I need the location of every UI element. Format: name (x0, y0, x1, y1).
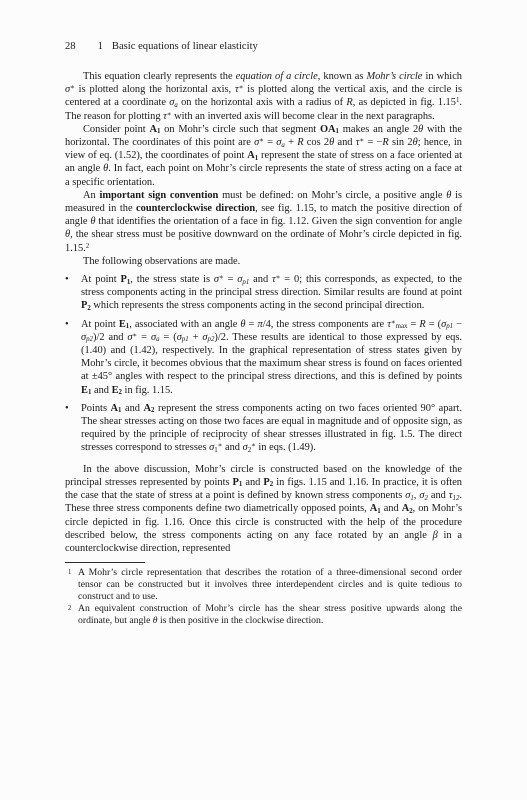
chapter-title: Basic equations of linear elasticity (112, 40, 258, 53)
text-run: τ (449, 490, 453, 501)
bullet-list-item: •Points A1 and A2 represent the stress c… (65, 402, 462, 455)
text-run: + (189, 332, 203, 343)
text-run: An (83, 190, 99, 201)
text-run: and (428, 490, 449, 501)
text-run: 2 (424, 495, 427, 502)
bullet-text: At point P1, the stress state is σ∗ = σp… (81, 273, 462, 313)
text-run: E (119, 319, 126, 330)
text-run: , the shear stress must be positive down… (65, 229, 462, 253)
text-run: . In fact, each point on Mohr’s circle r… (65, 163, 462, 187)
text-run: + (285, 137, 297, 148)
text-run: a (174, 102, 177, 109)
bullet-icon: • (65, 273, 81, 313)
textbook-page: 28 1 Basic equations of linear elasticit… (0, 0, 527, 800)
paragraph: The following observations are made. (65, 255, 462, 268)
text-run: σ (127, 332, 132, 343)
text-run: Mohr’s circle (366, 71, 422, 82)
text-run: , associated with an angle (129, 319, 240, 330)
text-run: 1 (255, 155, 258, 162)
text-run: 1 (410, 495, 413, 502)
text-run: and (242, 477, 263, 488)
footnote-text: A Mohr’s circle representation that desc… (78, 567, 462, 603)
text-run: 2 (119, 389, 122, 396)
footnote-text: An equivalent construction of Mohr’s cir… (78, 603, 462, 627)
text-run: in fig. 1.15. (122, 385, 173, 396)
text-run: At point (81, 319, 119, 330)
text-run: 1 (456, 97, 459, 104)
text-run: − (453, 319, 462, 330)
text-run: is then positive in the clockwise direct… (158, 615, 324, 626)
paragraph: In the above discussion, Mohr’s circle i… (65, 463, 462, 555)
footnote-area: 1A Mohr’s circle representation that des… (65, 567, 462, 627)
paragraph: An important sign convention must be def… (65, 189, 462, 255)
text-run: ∗ (70, 84, 75, 91)
text-run: sin 2 (389, 137, 413, 148)
text-run: p2 (208, 336, 215, 343)
text-run: which represents the stress components a… (91, 300, 425, 311)
text-run: 2 (87, 305, 90, 312)
text-run: ∗ (219, 274, 224, 281)
text-run: 12 (453, 495, 460, 502)
text-run: 1 (118, 407, 121, 414)
text-run: on the horizontal axis with a radius of (178, 97, 347, 108)
text-run: p1 (242, 279, 249, 286)
text-run: and (91, 385, 111, 396)
bullet-list-item: •At point P1, the stress state is σ∗ = σ… (65, 273, 462, 313)
running-head: 28 1 Basic equations of linear elasticit… (65, 40, 462, 53)
text-run: At point (81, 274, 120, 285)
text-run: 2 (86, 243, 89, 250)
text-run: 2 (270, 481, 273, 488)
text-run: , known as (318, 71, 367, 82)
text-run: 2 (409, 508, 412, 515)
text-run: ∗ (133, 332, 138, 339)
text-run: = (264, 137, 276, 148)
footnote-marker: 1 (65, 567, 78, 603)
text-run: ∗ (276, 274, 281, 281)
text-run: 1 (88, 389, 91, 396)
text-run: = (224, 274, 238, 285)
text-run: p1 (182, 336, 189, 343)
text-run: σ (243, 442, 248, 453)
text-run: and (381, 503, 402, 514)
text-run: = (137, 332, 151, 343)
text-run: ∗ (167, 111, 172, 118)
text-run: P (263, 477, 269, 488)
text-run: The following observations are made. (83, 256, 240, 267)
text-run: on Mohr’s circle such that segment (160, 124, 320, 135)
text-run: makes an angle 2 (339, 124, 418, 135)
text-run: 1 (126, 323, 129, 330)
page-body: This equation clearly represents the equ… (65, 70, 462, 555)
paragraph: Consider point A1 on Mohr’s circle such … (65, 123, 462, 189)
text-run: , as depicted in fig. 1.15 (353, 97, 456, 108)
bullet-text: Points A1 and A2 represent the stress co… (81, 402, 462, 455)
text-run: p2 (86, 336, 93, 343)
text-run: ∗ (251, 442, 256, 449)
text-run: 1 (157, 128, 160, 135)
text-run: and (334, 137, 356, 148)
text-run: in eqs. (1.49). (256, 442, 316, 453)
text-run: P (233, 477, 239, 488)
bullet-icon: • (65, 318, 81, 397)
text-run: max (396, 323, 408, 330)
page-number: 28 (65, 40, 76, 53)
text-run: This equation clearly represents the (83, 71, 236, 82)
text-run: Consider point (83, 124, 149, 135)
paragraph: This equation clearly represents the equ… (65, 70, 462, 123)
text-run: = ( (160, 332, 177, 343)
text-run: 1 (377, 508, 380, 515)
text-run: that identifies the orientation of a fac… (95, 216, 462, 227)
footnote-marker: 2 (65, 603, 78, 627)
text-run: = (246, 319, 258, 330)
text-run: OA (320, 124, 336, 135)
text-run: must be defined: on Mohr’s circle, a pos… (218, 190, 446, 201)
text-run: with an inverted axis will become clear … (172, 111, 435, 122)
text-run: A (247, 150, 255, 161)
text-run: )/2 and (93, 332, 127, 343)
text-run: /4, the stress components are (263, 319, 388, 330)
text-run: 2 (151, 407, 154, 414)
footnote: 2An equivalent construction of Mohr’s ci… (65, 603, 462, 627)
text-run: equation of a circle (236, 71, 318, 82)
bullet-icon: • (65, 402, 81, 455)
text-run: E (112, 385, 119, 396)
text-run: and (222, 442, 242, 453)
text-run: = ( (426, 319, 441, 330)
text-run: important sign convention (99, 190, 218, 201)
text-run: ∗ (239, 84, 244, 91)
bullet-text: At point E1, associated with an angle θ … (81, 318, 462, 397)
text-run: and (121, 403, 143, 414)
bullet-list-item: •At point E1, associated with an angle θ… (65, 318, 462, 397)
text-run: ∗ (359, 137, 364, 144)
text-run: cos 2 (304, 137, 330, 148)
text-run: a (156, 336, 159, 343)
text-run: p1 (446, 323, 453, 330)
text-run: in which (422, 71, 462, 82)
text-run: σ (202, 332, 207, 343)
text-run: and (249, 274, 272, 285)
text-run: ∗ (218, 442, 223, 449)
text-run: 1 (336, 128, 339, 135)
text-run: 1 (127, 279, 130, 286)
text-run: ∗ (259, 137, 264, 144)
text-run: A (149, 124, 157, 135)
chapter-number: 1 (98, 40, 103, 53)
text-run: = (407, 319, 419, 330)
text-run: Points (81, 403, 111, 414)
footnote-separator (65, 562, 145, 563)
text-run: a (281, 142, 284, 149)
text-run: counterclockwise direction (136, 203, 255, 214)
text-run: A Mohr’s circle representation that desc… (78, 567, 462, 602)
text-run: A (144, 403, 152, 414)
text-run: = − (364, 137, 382, 148)
footnote: 1A Mohr’s circle representation that des… (65, 567, 462, 603)
text-run: ∗ (391, 319, 396, 326)
text-run: 1 (239, 481, 242, 488)
text-run: , the stress state is (130, 274, 214, 285)
text-run: E (81, 385, 88, 396)
text-run: is plotted along the horizontal axis, (75, 84, 235, 95)
text-run: P (120, 274, 126, 285)
text-run: A (111, 403, 119, 414)
